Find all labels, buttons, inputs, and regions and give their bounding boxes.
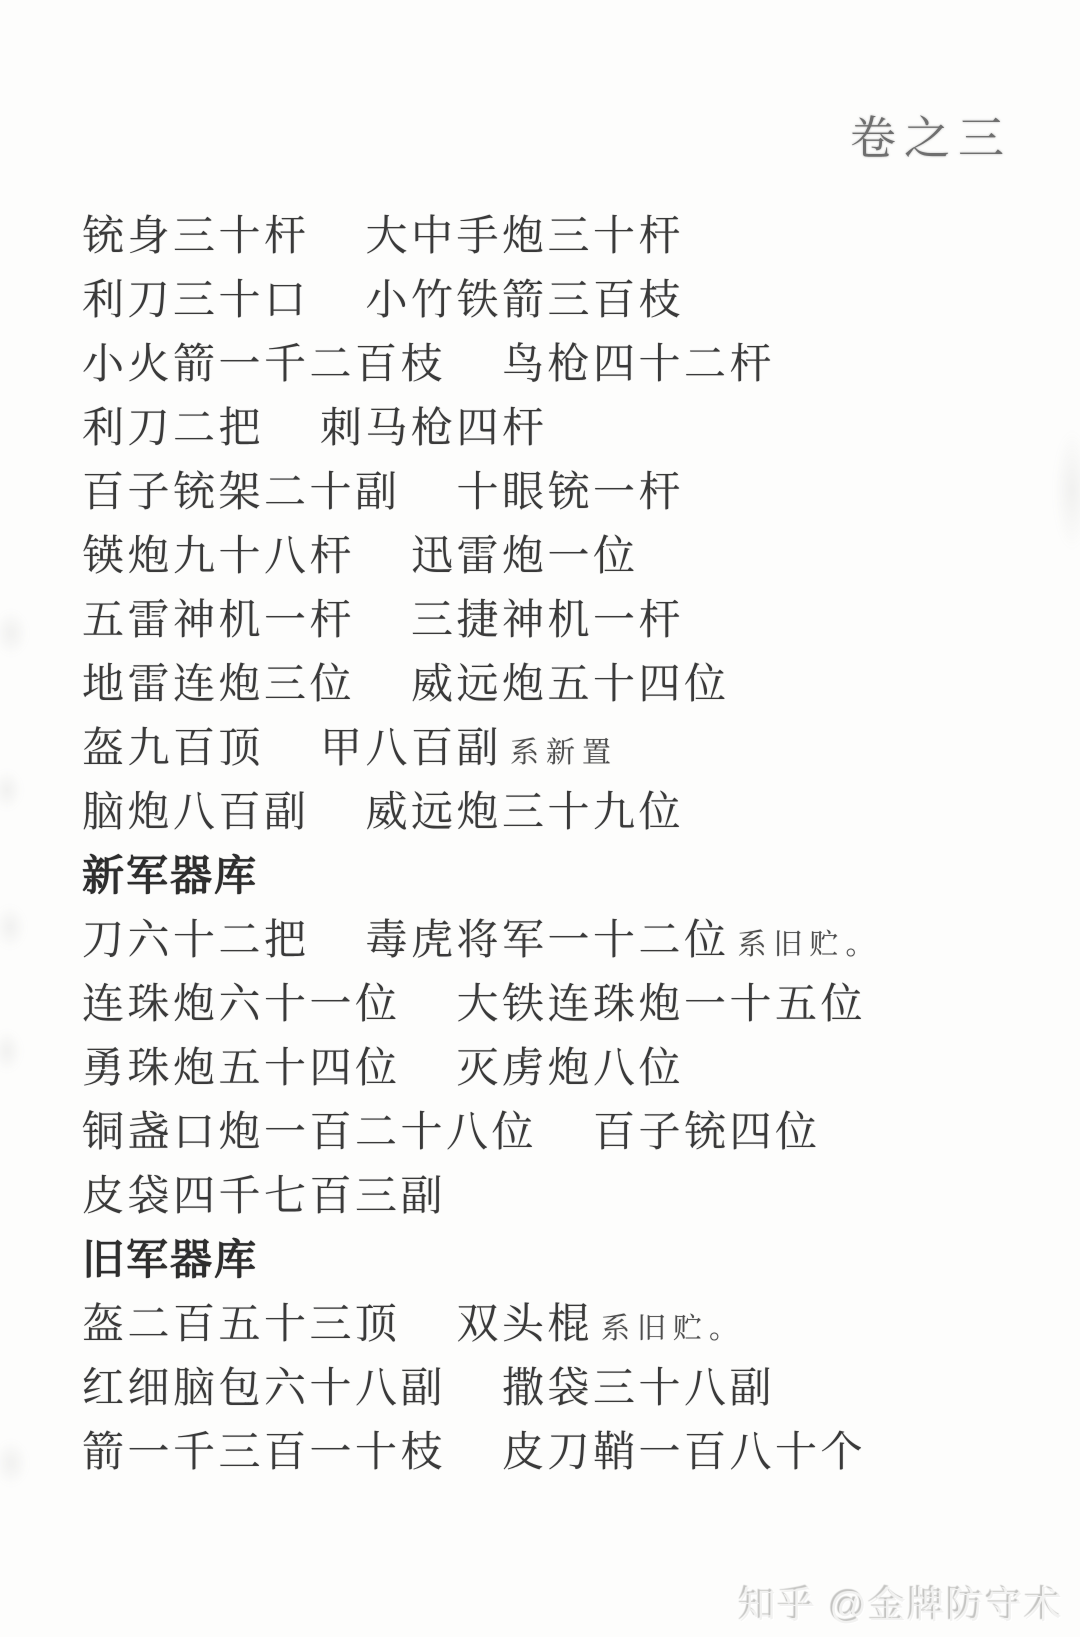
inventory-item: 百子铳四位 [593,1099,821,1159]
inventory-item-text: 铳身三十杆 [82,214,310,260]
inventory-item-text: 盔二百五十三顶 [82,1302,401,1348]
inventory-item-text: 迅雷炮一位 [411,534,639,580]
inventory-item-text: 盔九百顶 [82,726,264,772]
inventory-line: 五雷神机一杆三捷神机一杆 [82,585,1042,649]
inventory-item-text: 红细脑包六十八副 [82,1366,446,1412]
inventory-line: 小火箭一千二百枝鸟枪四十二杆 [82,329,1042,393]
inventory-item-text: 连珠炮六十一位 [82,982,401,1028]
volume-label: 卷之三 [850,102,1012,168]
inventory-item: 威远炮五十四位 [411,651,730,711]
inventory-item: 利刀三十口 [82,267,310,327]
inventory-line: 箭一千三百一十枝皮刀鞘一百八十个 [82,1417,1042,1481]
inventory-item-note: 系旧贮。 [601,1313,745,1345]
inventory-line: 盔九百顶甲八百副系新置 [82,713,1042,777]
inventory-item-text: 百子铳四位 [593,1110,821,1156]
inventory-line: 连珠炮六十一位大铁连珠炮一十五位 [82,969,1042,1033]
inventory-item-note: 系新置 [510,737,618,769]
inventory-item: 毒虎将军一十二位系旧贮。 [366,907,882,967]
inventory-item: 勇珠炮五十四位 [82,1035,401,1095]
inventory-item: 地雷连炮三位 [82,651,355,711]
inventory-item-text: 利刀三十口 [82,278,310,324]
inventory-line: 红细脑包六十八副撒袋三十八副 [82,1353,1042,1417]
inventory-item: 大铁连珠炮一十五位 [457,971,867,1031]
inventory-item: 箭一千三百一十枝 [82,1419,446,1479]
inventory-item: 盔二百五十三顶 [82,1291,401,1351]
scan-ghost-smudge [0,610,28,656]
inventory-item-text: 地雷连炮三位 [82,662,355,708]
inventory-line: 百子铳架二十副十眼铳一杆 [82,457,1042,521]
scan-ghost-smudge [0,1440,28,1486]
inventory-item: 连珠炮六十一位 [82,971,401,1031]
inventory-item: 脑炮八百副 [82,779,310,839]
inventory-item: 大中手炮三十杆 [366,203,685,263]
inventory-line: 地雷连炮三位威远炮五十四位 [82,649,1042,713]
inventory-item: 百子铳架二十副 [82,459,401,519]
inventory-item: 盔九百顶 [82,715,264,775]
inventory-line: 脑炮八百副威远炮三十九位 [82,777,1042,841]
inventory-item: 利刀二把 [82,395,264,455]
inventory-item-text: 利刀二把 [82,406,264,452]
inventory-line: 铜盏口炮一百二十八位百子铳四位 [82,1097,1042,1161]
section-heading: 新军器库 [82,841,1042,905]
inventory-item: 灭虏炮八位 [457,1035,685,1095]
inventory-item-text: 小火箭一千二百枝 [82,342,446,388]
inventory-item: 撒袋三十八副 [502,1355,775,1415]
inventory-item-text: 撒袋三十八副 [502,1366,775,1412]
inventory-item-text: 小竹铁箭三百枝 [366,278,685,324]
scan-ghost-smudge [0,770,22,810]
inventory-line: 利刀二把刺马枪四杆 [82,393,1042,457]
inventory-line: 盔二百五十三顶双头棍系旧贮。 [82,1289,1042,1353]
inventory-item: 皮袋四千七百三副 [82,1163,446,1223]
inventory-item-text: 大中手炮三十杆 [366,214,685,260]
inventory-item: 威远炮三十九位 [366,779,685,839]
inventory-item: 双头棍系旧贮。 [457,1291,746,1351]
inventory-item-note: 系旧贮。 [738,929,882,961]
inventory-item-text: 皮刀鞘一百八十个 [502,1430,866,1476]
inventory-item: 铜盏口炮一百二十八位 [82,1099,537,1159]
inventory-item-text: 刺马枪四杆 [320,406,548,452]
inventory-item-text: 五雷神机一杆 [82,598,355,644]
inventory-item-text: 锳炮九十八杆 [82,534,355,580]
inventory-item-text: 大铁连珠炮一十五位 [457,982,867,1028]
inventory-line: 铳身三十杆大中手炮三十杆 [82,201,1042,265]
inventory-item-text: 灭虏炮八位 [457,1046,685,1092]
inventory-item: 鸟枪四十二杆 [502,331,775,391]
inventory-item-text: 脑炮八百副 [82,790,310,836]
section-heading: 旧军器库 [82,1225,1042,1289]
inventory-item-text: 十眼铳一杆 [457,470,685,516]
inventory-item-text: 铜盏口炮一百二十八位 [82,1110,537,1156]
inventory-item: 红细脑包六十八副 [82,1355,446,1415]
inventory-item-text: 鸟枪四十二杆 [502,342,775,388]
inventory-item-text: 威远炮三十九位 [366,790,685,836]
inventory-item: 十眼铳一杆 [457,459,685,519]
inventory-item: 小竹铁箭三百枝 [366,267,685,327]
inventory-item-text: 双头棍 [457,1302,594,1348]
inventory-item-text: 毒虎将军一十二位 [366,918,730,964]
inventory-line: 锳炮九十八杆迅雷炮一位 [82,521,1042,585]
inventory-line: 刀六十二把毒虎将军一十二位系旧贮。 [82,905,1042,969]
inventory-item: 铳身三十杆 [82,203,310,263]
inventory-item: 五雷神机一杆 [82,587,355,647]
scan-ghost-smudge [1054,430,1080,550]
inventory-item-text: 皮袋四千七百三副 [82,1174,446,1220]
inventory-item-text: 百子铳架二十副 [82,470,401,516]
inventory-item-text: 刀六十二把 [82,918,310,964]
zhihu-watermark: 知乎 @金牌防守术 [739,1575,1064,1629]
scanned-book-page: 卷之三 铳身三十杆大中手炮三十杆利刀三十口小竹铁箭三百枝小火箭一千二百枝鸟枪四十… [0,0,1080,1637]
inventory-item-text: 箭一千三百一十枝 [82,1430,446,1476]
inventory-item: 甲八百副系新置 [320,715,618,775]
inventory-line: 皮袋四千七百三副 [82,1161,1042,1225]
inventory-item: 皮刀鞘一百八十个 [502,1419,866,1479]
inventory-list: 铳身三十杆大中手炮三十杆利刀三十口小竹铁箭三百枝小火箭一千二百枝鸟枪四十二杆利刀… [82,201,1042,1481]
inventory-item-text: 勇珠炮五十四位 [82,1046,401,1092]
inventory-item-text: 威远炮五十四位 [411,662,730,708]
scan-ghost-smudge [0,905,26,949]
inventory-item: 三捷神机一杆 [411,587,684,647]
scan-ghost-smudge [0,1030,22,1072]
inventory-item: 小火箭一千二百枝 [82,331,446,391]
inventory-line: 利刀三十口小竹铁箭三百枝 [82,265,1042,329]
inventory-item: 刀六十二把 [82,907,310,967]
inventory-item: 锳炮九十八杆 [82,523,355,583]
inventory-line: 勇珠炮五十四位灭虏炮八位 [82,1033,1042,1097]
inventory-item-text: 三捷神机一杆 [411,598,684,644]
inventory-item: 刺马枪四杆 [320,395,548,455]
inventory-item: 迅雷炮一位 [411,523,639,583]
inventory-item-text: 甲八百副 [320,726,502,772]
